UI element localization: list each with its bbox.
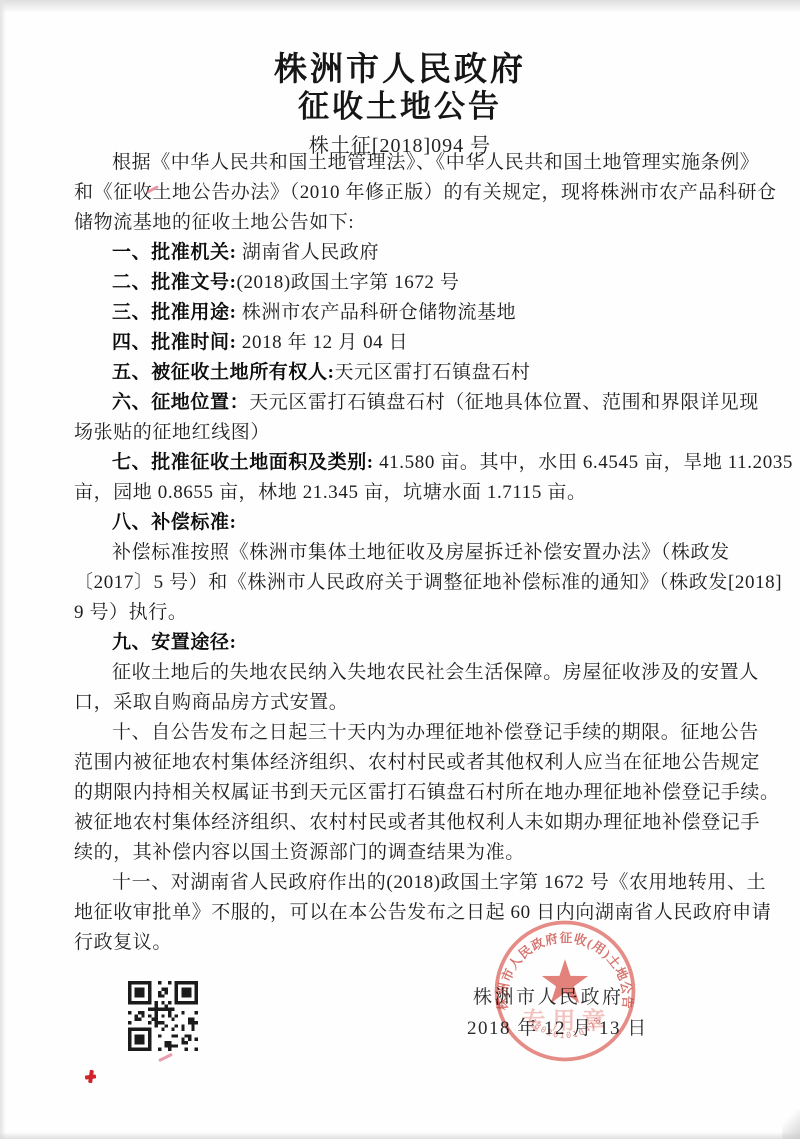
doc-line-text: 十一、对湖南省人民政府作出的(2018)政国土字第 1672 号《农用地转用、土 bbox=[112, 872, 766, 893]
doc-line: 十、自公告发布之日起三十天内为办理征地补偿登记手续的期限。征地公告 bbox=[74, 718, 754, 748]
doc-line-text: 根据《中华人民共和国土地管理法》、《中华人民共和国土地管理实施条例》 bbox=[112, 152, 759, 173]
doc-line: 九、安置途径: bbox=[74, 628, 754, 658]
doc-line-text: 41.580 亩。其中，水田 6.4545 亩，旱地 11.2035 bbox=[374, 452, 793, 473]
signature-organization: 株洲市人民政府 bbox=[473, 982, 624, 1009]
doc-line-label: 五、被征收土地所有权人: bbox=[112, 362, 335, 383]
doc-line: 和《征收土地公告办法》（2010 年修正版）的有关规定，现将株洲市农产品科研仓 bbox=[74, 178, 754, 208]
doc-line-text: 地征收审批单》不服的，可以在本公告发布之日起 60 日内向湖南省人民政府申请 bbox=[74, 902, 771, 923]
scan-edge-bottom bbox=[0, 1132, 800, 1139]
doc-line-text: 范围内被征地农村集体经济组织、农村村民或者其他权利人应当在征地公告规定 bbox=[74, 752, 760, 773]
doc-line-label: 九、安置途径: bbox=[112, 632, 237, 653]
doc-line: 范围内被征地农村集体经济组织、农村村民或者其他权利人应当在征地公告规定 bbox=[74, 748, 754, 778]
scan-edge-top bbox=[0, 0, 800, 14]
doc-line-text: 口，采取自购商品房方式安置。 bbox=[74, 692, 348, 713]
doc-line-text: 续的，其补偿内容以国土资源部门的调查结果为准。 bbox=[74, 842, 525, 863]
doc-line-label: 二、批准文号: bbox=[112, 272, 237, 293]
doc-line: 四、批准时间: 2018 年 12 月 04 日 bbox=[74, 328, 754, 358]
doc-line-text: 补偿标准按照《株洲市集体土地征收及房屋拆迁补偿安置办法》（株政发 bbox=[112, 542, 730, 563]
doc-line: 五、被征收土地所有权人:天元区雷打石镇盘石村 bbox=[74, 358, 754, 388]
doc-line: 三、批准用途: 株洲市农产品科研仓储物流基地 bbox=[74, 298, 754, 328]
doc-line-text: 〔2017〕5 号）和《株洲市人民政府关于调整征地补偿标准的通知》（株政发[20… bbox=[74, 572, 782, 593]
doc-line: 被征地农村集体经济组织、农村村民或者其他权利人未如期办理征地补偿登记手 bbox=[74, 808, 754, 838]
doc-line-text: 亩，园地 0.8655 亩，林地 21.345 亩，坑塘水面 1.7115 亩。 bbox=[74, 482, 587, 503]
document-subtitle: 征收土地公告 bbox=[0, 90, 800, 124]
doc-line-text: 9 号）执行。 bbox=[74, 602, 187, 623]
red-ink-mark bbox=[85, 1070, 96, 1083]
doc-line: 补偿标准按照《株洲市集体土地征收及房屋拆迁补偿安置办法》（株政发 bbox=[74, 538, 754, 568]
document-title: 株洲市人民政府 bbox=[0, 50, 800, 90]
doc-line-text: 和《征收土地公告办法》（2010 年修正版）的有关规定，现将株洲市农产品科研仓 bbox=[74, 182, 777, 203]
doc-line: 场张贴的征地红线图） bbox=[74, 418, 754, 448]
doc-line: 征收土地后的失地农民纳入失地农民社会生活保障。房屋征收涉及的安置人 bbox=[74, 658, 754, 688]
doc-line: 9 号）执行。 bbox=[74, 598, 754, 628]
doc-line: 一、批准机关: 湖南省人民政府 bbox=[74, 238, 754, 268]
doc-line-text: 十、自公告发布之日起三十天内为办理征地补偿登记手续的期限。征地公告 bbox=[112, 722, 759, 743]
doc-line: 口，采取自购商品房方式安置。 bbox=[74, 688, 754, 718]
document-page: 株洲市人民政府 征收土地公告 株土征[2018]094 号 根据《中华人民共和国… bbox=[0, 0, 800, 1139]
doc-line: 行政复议。 bbox=[74, 928, 754, 958]
doc-line-text: 天元区雷打石镇盘石村 bbox=[335, 362, 531, 383]
doc-line: 根据《中华人民共和国土地管理法》、《中华人民共和国土地管理实施条例》 bbox=[74, 148, 754, 178]
doc-line-label: 三、批准用途: bbox=[112, 302, 237, 323]
doc-line-text: 储物流基地的征收土地公告如下: bbox=[74, 212, 354, 233]
doc-line: 亩，园地 0.8655 亩，林地 21.345 亩，坑塘水面 1.7115 亩。 bbox=[74, 478, 754, 508]
doc-line: 七、批准征收土地面积及类别: 41.580 亩。其中，水田 6.4545 亩，旱… bbox=[74, 448, 754, 478]
qr-code bbox=[128, 981, 198, 1051]
doc-line-text: 株洲市农产品科研仓储物流基地 bbox=[237, 302, 517, 323]
doc-line-text: 行政复议。 bbox=[74, 932, 172, 953]
red-ink-mark bbox=[158, 1053, 173, 1062]
doc-line: 十一、对湖南省人民政府作出的(2018)政国土字第 1672 号《农用地转用、土 bbox=[74, 868, 754, 898]
doc-line: 储物流基地的征收土地公告如下: bbox=[74, 208, 754, 238]
doc-line-text: 被征地农村集体经济组织、农村村民或者其他权利人未如期办理征地补偿登记手 bbox=[74, 812, 760, 833]
document-body: 根据《中华人民共和国土地管理法》、《中华人民共和国土地管理实施条例》和《征收土地… bbox=[74, 148, 754, 958]
doc-line-label: 一、批准机关: bbox=[112, 242, 237, 263]
doc-line-text: 湖南省人民政府 bbox=[237, 242, 380, 263]
scan-corner-shadow bbox=[782, 1109, 800, 1139]
doc-line: 二、批准文号:(2018)政国土字第 1672 号 bbox=[74, 268, 754, 298]
title-block: 株洲市人民政府 征收土地公告 株土征[2018]094 号 bbox=[0, 50, 800, 158]
doc-line-label: 六、征地位置： bbox=[112, 392, 249, 413]
doc-line-text: 征收土地后的失地农民纳入失地农民社会生活保障。房屋征收涉及的安置人 bbox=[112, 662, 759, 683]
doc-line: 六、征地位置：天元区雷打石镇盘石村（征地具体位置、范围和界限详见现 bbox=[74, 388, 754, 418]
doc-line-label: 七、批准征收土地面积及类别: bbox=[112, 452, 374, 473]
signature-date: 2018 年 12 月 13 日 bbox=[467, 1013, 648, 1040]
doc-line: 续的，其补偿内容以国土资源部门的调查结果为准。 bbox=[74, 838, 754, 868]
doc-line: 的期限内持相关权属证书到天元区雷打石镇盘石村所在地办理征地补偿登记手续。 bbox=[74, 778, 754, 808]
doc-line-text: 天元区雷打石镇盘石村（征地具体位置、范围和界限详见现 bbox=[249, 392, 759, 413]
doc-line: 地征收审批单》不服的，可以在本公告发布之日起 60 日内向湖南省人民政府申请 bbox=[74, 898, 754, 928]
doc-line-label: 四、批准时间: bbox=[112, 332, 237, 353]
scan-edge-left bbox=[0, 0, 6, 1139]
doc-line-label: 八、补偿标准: bbox=[112, 512, 237, 533]
doc-line: 〔2017〕5 号）和《株洲市人民政府关于调整征地补偿标准的通知》（株政发[20… bbox=[74, 568, 754, 598]
doc-line-text: 的期限内持相关权属证书到天元区雷打石镇盘石村所在地办理征地补偿登记手续。 bbox=[74, 782, 780, 803]
doc-line-text: (2018)政国土字第 1672 号 bbox=[237, 272, 460, 293]
doc-line: 八、补偿标准: bbox=[74, 508, 754, 538]
doc-line-text: 场张贴的征地红线图） bbox=[74, 422, 270, 443]
doc-line-text: 2018 年 12 月 04 日 bbox=[237, 332, 409, 353]
